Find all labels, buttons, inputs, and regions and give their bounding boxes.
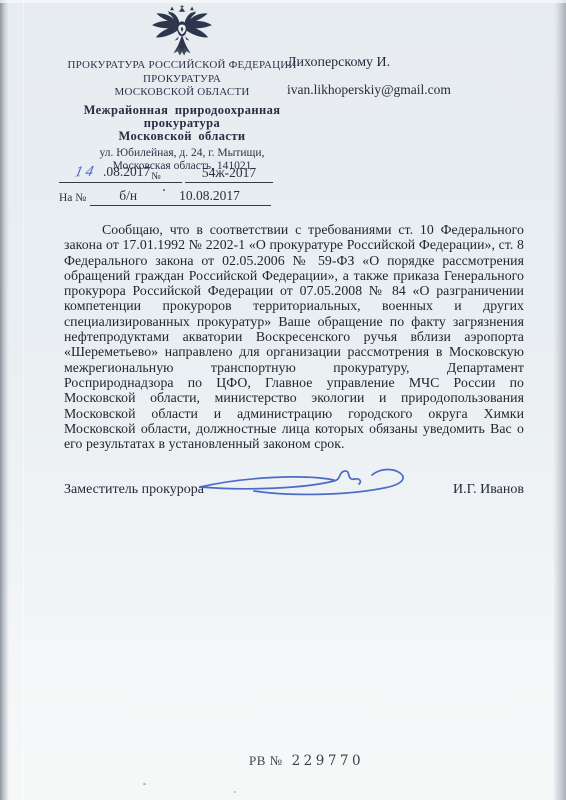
reference-block: 14 .08.2017 № 54ж-2017 На № б/н 10.08.20…	[59, 164, 279, 206]
org-name-line1: ПРОКУРАТУРА РОССИЙСКОЙ ФЕДЕРАЦИИ	[44, 59, 320, 73]
address-line1: ул. Юбилейная, д. 24, г. Мытищи,	[44, 147, 320, 161]
letterhead: ПРОКУРАТУРА РОССИЙСКОЙ ФЕДЕРАЦИИ ПРОКУРА…	[44, 5, 320, 174]
form-number-stamp: РВ № 229770	[249, 753, 364, 769]
recipient-email: ivan.likhoperskiy@gmail.com	[287, 83, 451, 97]
incoming-number: б/н	[119, 188, 137, 204]
date-field-line: 14 .08.2017 №	[59, 164, 182, 183]
outgoing-reference-row: 14 .08.2017 № 54ж-2017	[59, 164, 279, 183]
office-name-line3: Московской области	[44, 130, 320, 143]
scan-streak	[23, 0, 24, 800]
org-name-line3: МОСКОВСКОЙ ОБЛАСТИ	[44, 86, 320, 100]
stamp-number: 229770	[292, 753, 365, 769]
coat-of-arms-icon	[150, 5, 214, 57]
scanned-letter-page: ПРОКУРАТУРА РОССИЙСКОЙ ФЕДЕРАЦИИ ПРОКУРА…	[0, 0, 566, 800]
outgoing-number: 54ж-2017	[185, 165, 273, 183]
recipient-name: Лихоперскому И.	[287, 56, 451, 70]
stamp-label: РВ №	[249, 753, 283, 769]
office-name-line2: прокуратура	[44, 117, 320, 130]
scan-speck	[143, 783, 146, 785]
scan-dot	[163, 189, 165, 191]
handwritten-day: 14	[73, 164, 98, 182]
incoming-reference-row: На № б/н 10.08.2017	[59, 184, 279, 206]
number-sign: №	[151, 171, 161, 182]
on-number-label: На №	[59, 192, 86, 206]
office-name-line1: Межрайонная природоохранная	[44, 104, 320, 117]
signer-name: И.Г. Иванов	[453, 482, 524, 498]
incoming-field-line: б/н 10.08.2017	[90, 188, 271, 206]
recipient-block: Лихоперскому И. ivan.likhoperskiy@gmail.…	[287, 56, 451, 97]
scan-speck	[234, 791, 236, 793]
handwritten-signature	[192, 466, 432, 508]
signer-title: Заместитель прокурора	[64, 482, 204, 498]
org-name-line2: ПРОКУРАТУРА	[44, 73, 320, 87]
scan-edge-top	[0, 0, 566, 3]
letter-body: Сообщаю, что в соответствии с требования…	[64, 222, 524, 451]
scan-edge-left	[0, 0, 9, 800]
incoming-date: 10.08.2017	[179, 188, 240, 204]
printed-date: .08.2017	[103, 164, 150, 180]
scan-edge-right	[553, 0, 566, 800]
